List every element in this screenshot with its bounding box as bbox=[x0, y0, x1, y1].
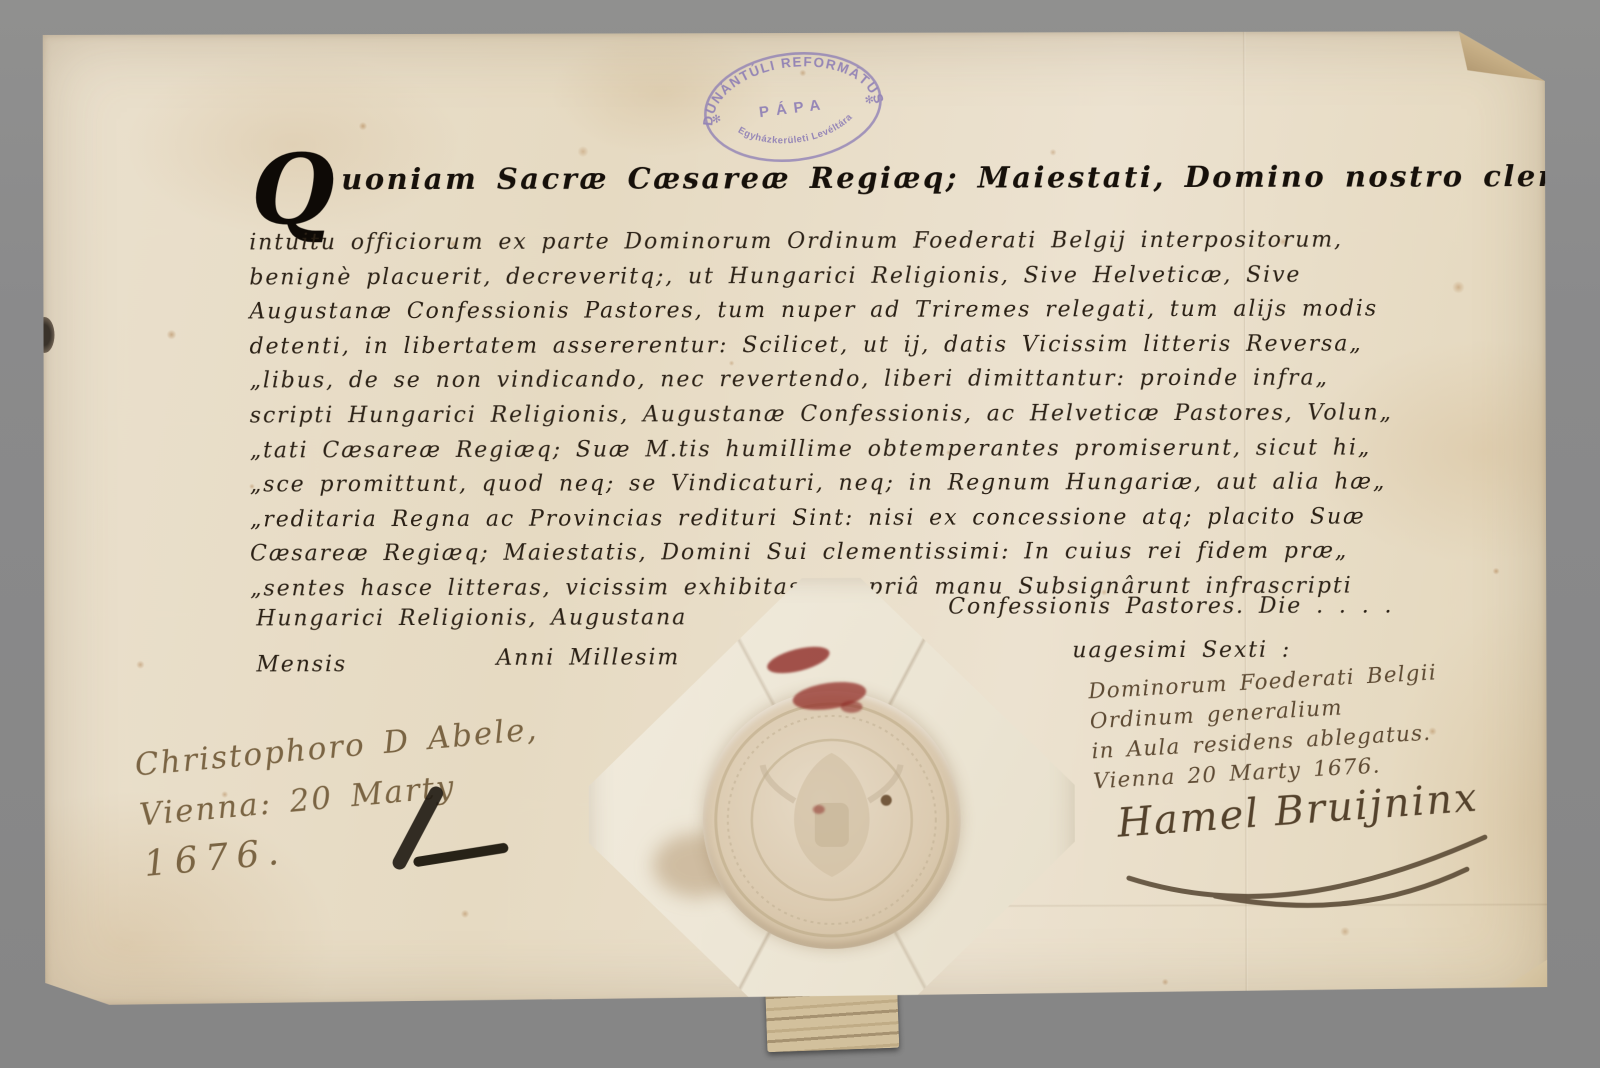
manuscript-line13-left: Hungarici Religionis, Augustana bbox=[256, 605, 687, 631]
ink-dot bbox=[881, 795, 892, 806]
bruyninx-note: Dominorum Foederati Belgii Ordinum gener… bbox=[1088, 658, 1443, 797]
red-wax-mark bbox=[813, 805, 825, 814]
rosette-icon: ✻ bbox=[711, 112, 722, 126]
manuscript-line: „tati Cæsareæ Regiæq; Suæ M.tis humillim… bbox=[250, 435, 1370, 473]
stamp-center-text: PÁPA bbox=[758, 96, 828, 121]
corner-fold-top-right bbox=[1459, 31, 1545, 81]
manuscript-line: scripti Hungarici Religionis, Augustanæ … bbox=[250, 400, 1370, 438]
photograph-background: DUNÁNTÚLI REFORMÁTUS PÁPA Egyházkerületi… bbox=[0, 0, 1600, 1068]
manuscript-line14-anni: Anni Millesim bbox=[496, 645, 680, 670]
signature-flourish bbox=[1095, 799, 1525, 920]
stamp-arc-bottom-text: Egyházkerületi Levéltára bbox=[735, 111, 857, 153]
red-wax-mark bbox=[840, 701, 862, 713]
manuscript-line: „reditaria Regna ac Provincias redituri … bbox=[250, 504, 1370, 542]
seal-embossing bbox=[702, 691, 961, 950]
manuscript-line: intuitu officiorum ex parte Dominorum Or… bbox=[249, 227, 1369, 265]
manuscript-line: Cæsareæ Regiæq; Maiestatis, Domini Sui c… bbox=[250, 539, 1370, 577]
manuscript-body: intuitu officiorum ex parte Dominorum Or… bbox=[249, 227, 1370, 610]
manuscript-line13-right: Confessionis Pastores. Die . . . . bbox=[948, 593, 1393, 619]
document-paper: DUNÁNTÚLI REFORMÁTUS PÁPA Egyházkerületi… bbox=[43, 31, 1548, 1005]
abele-note: Christophoro D Abele, Vienna: 20 Marty 1… bbox=[133, 704, 550, 890]
manuscript-line-1-text: uoniam Sacræ Cæsareæ Regiæq; Maiestati, … bbox=[341, 158, 1600, 196]
manuscript-line14-right: uagesimi Sexti : bbox=[1072, 638, 1291, 664]
manuscript-line: benignè placuerit, decreveritq;, ut Hung… bbox=[249, 262, 1369, 300]
manuscript-line: „libus, de se non vindicando, nec revert… bbox=[250, 366, 1370, 404]
manuscript-line: detenti, in libertatem assererentur: Sci… bbox=[250, 331, 1370, 369]
manuscript-line14-mensis: Mensis bbox=[256, 652, 347, 677]
manuscript-line-1: Quoniam Sacræ Cæsareæ Regiæq; Maiestati,… bbox=[251, 158, 1600, 210]
manuscript-line: Augustanæ Confessionis Pastores, tum nup… bbox=[249, 297, 1369, 335]
edge-notch bbox=[34, 317, 54, 353]
embossed-wax-seal bbox=[702, 691, 961, 950]
manuscript-line: „sce promittunt, quod neq; se Vindicatur… bbox=[250, 470, 1370, 508]
corner-fold-bottom-right bbox=[1483, 957, 1547, 1001]
rosette-icon: ✻ bbox=[864, 93, 875, 107]
